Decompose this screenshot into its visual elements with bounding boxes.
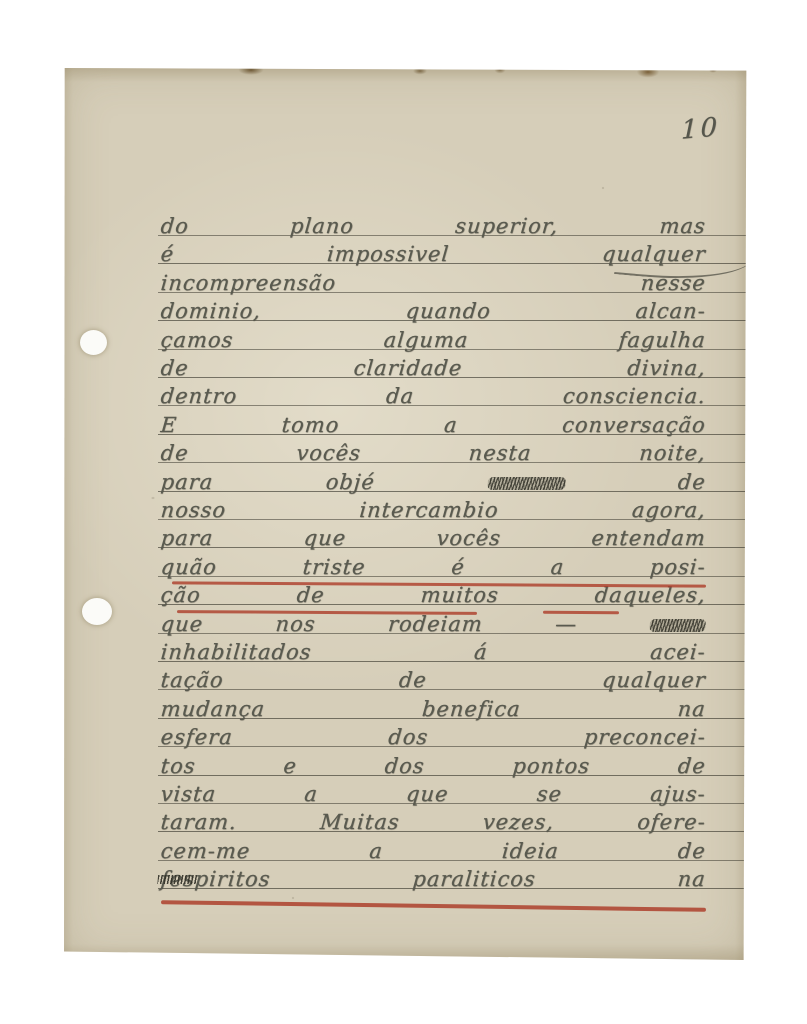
- handwritten-word: a: [303, 784, 318, 805]
- handwritten-word: dos: [384, 756, 426, 777]
- handwritten-word: rodeiam: [387, 614, 484, 635]
- handwritten-word: de: [296, 585, 326, 606]
- handwritten-word: superior,: [454, 216, 559, 237]
- manuscript-line: vistaaqueseajus-: [160, 778, 707, 805]
- handwritten-word: inhabilitados: [160, 642, 313, 663]
- manuscript-line: taçãodequalquer: [160, 664, 707, 691]
- handwritten-word: vocês: [436, 528, 502, 549]
- handwritten-word: para: [160, 528, 214, 549]
- handwritten-word: acei-: [649, 642, 706, 663]
- handwritten-word: na: [677, 869, 707, 890]
- handwritten-word: quão: [160, 557, 218, 578]
- handwritten-word: taram.: [160, 812, 238, 833]
- manuscript-line: taram.Muitasvezes,ofere-: [160, 806, 707, 833]
- handwritten-word: e: [283, 756, 298, 777]
- handwritten-word: de: [160, 358, 190, 379]
- manuscript-line: devocêsnestanoite,: [160, 437, 707, 464]
- handwritten-word: esfera: [160, 727, 234, 748]
- manuscript-line: paraobjéde: [160, 466, 707, 493]
- handwritten-word: tação: [160, 670, 225, 691]
- struck-out-letters: fes: [160, 869, 196, 890]
- handwritten-word: nesta: [468, 443, 533, 464]
- manuscript-paper: 10 doplanosuperior,maséimpossivelqualque…: [63, 68, 747, 960]
- handwritten-word: que: [160, 614, 204, 635]
- handwritten-word: se: [536, 784, 563, 805]
- handwritten-word: objé: [325, 472, 376, 493]
- handwritten-word: çamos: [160, 330, 234, 351]
- scanned-document: 10 doplanosuperior,maséimpossivelqualque…: [0, 0, 807, 1024]
- handwritten-word: plano: [289, 216, 355, 237]
- handwritten-word: é: [160, 244, 175, 265]
- handwritten-word: ção: [160, 585, 202, 606]
- manuscript-line: nossointercambioagora,: [160, 494, 707, 521]
- handwritten-word: alguma: [383, 330, 469, 351]
- handwritten-word: incompreensão: [160, 273, 337, 294]
- manuscript-line: inhabilitadosáacei-: [160, 636, 707, 663]
- manuscript-line: fespiritosparaliticosna: [160, 863, 707, 890]
- handwritten-word: benefica: [421, 699, 521, 720]
- handwritten-word: vocês: [296, 443, 362, 464]
- handwritten-word: dominio,: [160, 301, 262, 322]
- handwritten-word: alcan-: [635, 301, 707, 322]
- handwritten-word: para: [160, 472, 214, 493]
- handwritten-word: entendam: [591, 528, 707, 549]
- handwritten-word: ideia: [501, 841, 560, 862]
- handwritten-word: que: [303, 528, 347, 549]
- manuscript-line: Etomoaconversação: [160, 409, 707, 436]
- handwritten-word: divina,: [626, 358, 706, 379]
- manuscript-line: doplanosuperior,mas: [160, 210, 707, 237]
- handwritten-word: Muitas: [319, 812, 400, 833]
- handwritten-word: vezes,: [482, 812, 555, 833]
- handwritten-word: dentro: [160, 386, 238, 407]
- handwritten-word: intercambio: [359, 500, 500, 521]
- manuscript-line: quãotristeéaposi-: [160, 551, 707, 578]
- handwritten-word: de: [398, 670, 428, 691]
- handwritten-word: a: [443, 415, 458, 436]
- manuscript-line: cem-meaideiade: [160, 835, 707, 862]
- manuscript-line: dentrodaconsciencia.: [160, 380, 707, 407]
- punch-hole-bottom: [82, 598, 112, 625]
- punch-hole-top: [80, 330, 107, 355]
- manuscript-line: mudançabeneficana: [160, 693, 707, 720]
- handwritten-word: triste: [302, 557, 367, 578]
- handwritten-word: muitos: [420, 585, 500, 606]
- handwritten-word: dos: [387, 727, 429, 748]
- handwritten-word: de: [160, 443, 190, 464]
- handwritten-word: tomo: [281, 415, 340, 436]
- handwritten-word: na: [677, 699, 707, 720]
- handwritten-word: impossivel: [326, 244, 450, 265]
- handwritten-word: consciencia.: [562, 386, 707, 407]
- handwritten-word: nosso: [160, 500, 227, 521]
- scribbled-out-word: [487, 477, 566, 490]
- handwritten-word: quando: [405, 301, 492, 322]
- handwritten-word: pontos: [512, 756, 591, 777]
- handwritten-word: de: [677, 841, 707, 862]
- handwritten-word: de: [677, 756, 707, 777]
- handwritten-word: daqueles,: [594, 585, 707, 606]
- handwritten-word: —: [554, 614, 578, 635]
- handwritten-word: nesse: [640, 273, 707, 294]
- manuscript-line: dominio,quandoalcan-: [160, 295, 707, 322]
- handwritten-word: nos: [275, 614, 317, 635]
- handwritten-word: qualquer: [601, 244, 706, 265]
- handwritten-word: de: [677, 472, 707, 493]
- manuscript-line: esferadospreconcei-: [160, 721, 707, 748]
- manuscript-line: éimpossivelqualquer: [160, 238, 707, 265]
- handwritten-word: ajus-: [649, 784, 706, 805]
- handwritten-word: a: [368, 841, 383, 862]
- handwritten-word: conversação: [561, 415, 706, 436]
- handwritten-word: á: [473, 642, 488, 663]
- handwritten-word: vista: [160, 784, 217, 805]
- handwritten-word: paraliticos: [412, 869, 537, 890]
- scribbled-out-word: [649, 619, 706, 632]
- handwritten-word: tos: [160, 756, 197, 777]
- manuscript-line: declaridadedivina,: [160, 352, 707, 379]
- handwritten-word: claridade: [353, 358, 463, 379]
- manuscript-line: tosedospontosde: [160, 750, 707, 777]
- handwritten-word: mudança: [160, 699, 266, 720]
- handwritten-word: preconcei-: [583, 727, 707, 748]
- handwritten-word: fagulha: [618, 330, 707, 351]
- handwritten-word: que: [405, 784, 449, 805]
- handwritten-word: a: [550, 557, 565, 578]
- handwritten-word: noite,: [638, 443, 706, 464]
- handwritten-word: fespiritos: [160, 869, 272, 890]
- handwritten-word: E: [160, 415, 178, 436]
- handwritten-word: mas: [659, 216, 707, 237]
- handwritten-word: da: [385, 386, 415, 407]
- manuscript-line: çamosalgumafagulha: [160, 324, 707, 351]
- manuscript-line: paraquevocêsentendam: [160, 522, 707, 549]
- handwritten-word: agora,: [631, 500, 707, 521]
- handwritten-word: qualquer: [601, 670, 706, 691]
- handwritten-word: do: [160, 216, 190, 237]
- handwritten-word: cem-me: [160, 841, 251, 862]
- handwritten-word: ofere-: [636, 812, 706, 833]
- handwritten-word: é: [450, 557, 465, 578]
- handwritten-word: posi-: [649, 557, 707, 578]
- handwriting-layer: doplanosuperior,maséimpossivelqualquerin…: [161, 68, 706, 960]
- manuscript-line: incompreensãonesse: [160, 267, 707, 294]
